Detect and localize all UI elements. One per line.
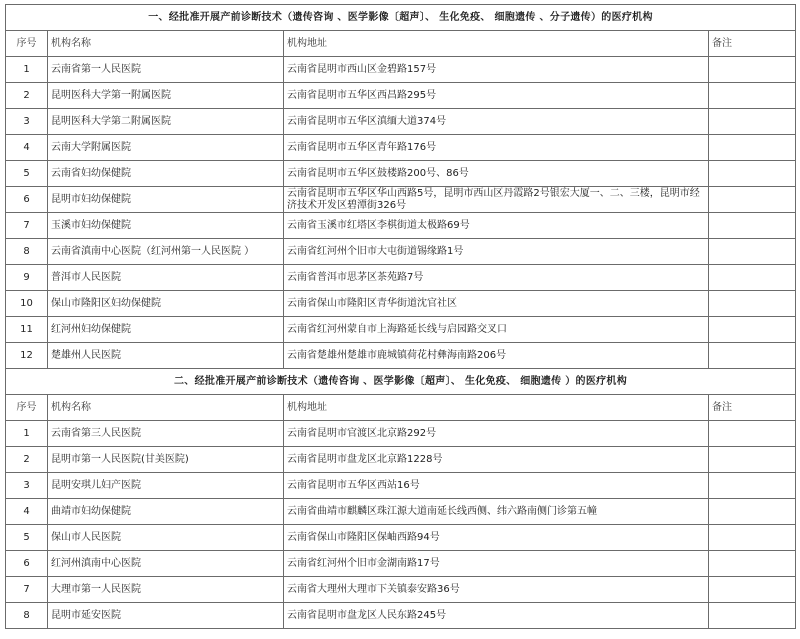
institution-address: 云南省昆明市五华区青年路176号 xyxy=(284,135,709,161)
remark xyxy=(709,525,796,551)
institution-address: 云南省昆明市西山区金碧路157号 xyxy=(284,57,709,83)
header-index: 序号 xyxy=(6,395,48,421)
remark xyxy=(709,603,796,629)
table-row: 7玉溪市妇幼保健院云南省玉溪市红塔区李棋街道太极路69号 xyxy=(6,213,796,239)
table-row: 7大理市第一人民医院云南省大理州大理市下关镇泰安路36号 xyxy=(6,577,796,603)
institution-name: 玉溪市妇幼保健院 xyxy=(48,213,284,239)
institution-name: 普洱市人民医院 xyxy=(48,265,284,291)
institution-address: 云南省大理州大理市下关镇泰安路36号 xyxy=(284,577,709,603)
institution-name: 昆明市延安医院 xyxy=(48,603,284,629)
row-index: 4 xyxy=(6,499,48,525)
remark xyxy=(709,291,796,317)
table-row: 2昆明市第一人民医院(甘美医院)云南省昆明市盘龙区北京路1228号 xyxy=(6,447,796,473)
remark xyxy=(709,187,796,213)
institution-address: 云南省玉溪市红塔区李棋街道太极路69号 xyxy=(284,213,709,239)
remark xyxy=(709,577,796,603)
table-row: 5云南省妇幼保健院云南省昆明市五华区鼓楼路200号、86号 xyxy=(6,161,796,187)
institution-name: 昆明医科大学第一附属医院 xyxy=(48,83,284,109)
table-row: 1云南省第三人民医院云南省昆明市官渡区北京路292号 xyxy=(6,421,796,447)
header-address: 机构地址 xyxy=(284,31,709,57)
header-name: 机构名称 xyxy=(48,395,284,421)
institution-name: 大理市第一人民医院 xyxy=(48,577,284,603)
remark xyxy=(709,57,796,83)
remark xyxy=(709,499,796,525)
institution-address: 云南省昆明市五华区西昌路295号 xyxy=(284,83,709,109)
header-remark: 备注 xyxy=(709,395,796,421)
header-index: 序号 xyxy=(6,31,48,57)
institution-address: 云南省保山市隆阳区青华街道沈官社区 xyxy=(284,291,709,317)
institution-name: 云南省妇幼保健院 xyxy=(48,161,284,187)
header-address: 机构地址 xyxy=(284,395,709,421)
header-row: 序号机构名称机构地址备注 xyxy=(6,31,796,57)
header-name: 机构名称 xyxy=(48,31,284,57)
table-row: 1云南省第一人民医院云南省昆明市西山区金碧路157号 xyxy=(6,57,796,83)
remark xyxy=(709,161,796,187)
header-row: 序号机构名称机构地址备注 xyxy=(6,395,796,421)
institution-name: 昆明医科大学第二附属医院 xyxy=(48,109,284,135)
table-row: 8昆明市延安医院云南省昆明市盘龙区人民东路245号 xyxy=(6,603,796,629)
row-index: 5 xyxy=(6,161,48,187)
table-row: 6红河州滇南中心医院云南省红河州个旧市金湖南路17号 xyxy=(6,551,796,577)
remark xyxy=(709,213,796,239)
institution-name: 昆明市第一人民医院(甘美医院) xyxy=(48,447,284,473)
row-index: 8 xyxy=(6,239,48,265)
institution-name: 保山市人民医院 xyxy=(48,525,284,551)
table-row: 6昆明市妇幼保健院云南省昆明市五华区华山西路5号，昆明市西山区丹霞路2号银宏大厦… xyxy=(6,187,796,213)
table-row: 3昆明安琪儿妇产医院云南省昆明市五华区西站16号 xyxy=(6,473,796,499)
institution-address: 云南省普洱市思茅区茶苑路7号 xyxy=(284,265,709,291)
table-row: 11红河州妇幼保健院云南省红河州蒙自市上海路延长线与启园路交叉口 xyxy=(6,317,796,343)
section-title-row: 二、经批准开展产前诊断技术（遗传咨询 、医学影像〔超声〕、 生化免疫、 细胞遗传… xyxy=(6,369,796,395)
institution-address: 云南省红河州个旧市金湖南路17号 xyxy=(284,551,709,577)
table-row: 8云南省滇南中心医院（红河州第一人民医院 ）云南省红河州个旧市大屯街道锡缘路1号 xyxy=(6,239,796,265)
institution-address: 云南省红河州蒙自市上海路延长线与启园路交叉口 xyxy=(284,317,709,343)
row-index: 3 xyxy=(6,473,48,499)
institution-address: 云南省昆明市五华区西站16号 xyxy=(284,473,709,499)
institution-address: 云南省昆明市盘龙区人民东路245号 xyxy=(284,603,709,629)
remark xyxy=(709,421,796,447)
remark xyxy=(709,473,796,499)
remark xyxy=(709,83,796,109)
section-title: 二、经批准开展产前诊断技术（遗传咨询 、医学影像〔超声〕、 生化免疫、 细胞遗传… xyxy=(6,369,796,395)
row-index: 2 xyxy=(6,447,48,473)
row-index: 6 xyxy=(6,551,48,577)
remark xyxy=(709,317,796,343)
section-title-row: 一、经批准开展产前诊断技术（遗传咨询 、医学影像〔超声〕、 生化免疫、 细胞遗传… xyxy=(6,5,796,31)
institution-name: 红河州妇幼保健院 xyxy=(48,317,284,343)
institution-address: 云南省昆明市官渡区北京路292号 xyxy=(284,421,709,447)
institution-name: 红河州滇南中心医院 xyxy=(48,551,284,577)
institution-name: 昆明市妇幼保健院 xyxy=(48,187,284,213)
remark xyxy=(709,135,796,161)
row-index: 11 xyxy=(6,317,48,343)
table-row: 10保山市隆阳区妇幼保健院云南省保山市隆阳区青华街道沈官社区 xyxy=(6,291,796,317)
row-index: 7 xyxy=(6,577,48,603)
institution-name: 昆明安琪儿妇产医院 xyxy=(48,473,284,499)
row-index: 6 xyxy=(6,187,48,213)
table-row: 12楚雄州人民医院云南省楚雄州楚雄市鹿城镇荷花村彝海南路206号 xyxy=(6,343,796,369)
remark xyxy=(709,343,796,369)
table-row: 4云南大学附属医院云南省昆明市五华区青年路176号 xyxy=(6,135,796,161)
institution-address: 云南省昆明市五华区滇缅大道374号 xyxy=(284,109,709,135)
row-index: 3 xyxy=(6,109,48,135)
row-index: 12 xyxy=(6,343,48,369)
institution-address: 云南省昆明市盘龙区北京路1228号 xyxy=(284,447,709,473)
row-index: 2 xyxy=(6,83,48,109)
institution-name: 曲靖市妇幼保健院 xyxy=(48,499,284,525)
row-index: 7 xyxy=(6,213,48,239)
row-index: 4 xyxy=(6,135,48,161)
institution-name: 云南省第一人民医院 xyxy=(48,57,284,83)
institution-address: 云南省昆明市五华区华山西路5号，昆明市西山区丹霞路2号银宏大厦一、二、三楼，昆明… xyxy=(284,187,709,213)
institution-address: 云南省保山市隆阳区保岫西路94号 xyxy=(284,525,709,551)
table-row: 5保山市人民医院云南省保山市隆阳区保岫西路94号 xyxy=(6,525,796,551)
remark xyxy=(709,551,796,577)
institution-address: 云南省昆明市五华区鼓楼路200号、86号 xyxy=(284,161,709,187)
row-index: 1 xyxy=(6,57,48,83)
header-remark: 备注 xyxy=(709,31,796,57)
institution-name: 保山市隆阳区妇幼保健院 xyxy=(48,291,284,317)
institution-address: 云南省曲靖市麒麟区珠江源大道南延长线西侧、纬六路南侧门诊第五幢 xyxy=(284,499,709,525)
row-index: 10 xyxy=(6,291,48,317)
remark xyxy=(709,447,796,473)
row-index: 9 xyxy=(6,265,48,291)
institution-name: 云南省第三人民医院 xyxy=(48,421,284,447)
row-index: 8 xyxy=(6,603,48,629)
institution-address: 云南省楚雄州楚雄市鹿城镇荷花村彝海南路206号 xyxy=(284,343,709,369)
row-index: 1 xyxy=(6,421,48,447)
remark xyxy=(709,239,796,265)
row-index: 5 xyxy=(6,525,48,551)
institution-name: 楚雄州人民医院 xyxy=(48,343,284,369)
table-body: 一、经批准开展产前诊断技术（遗传咨询 、医学影像〔超声〕、 生化免疫、 细胞遗传… xyxy=(6,5,796,629)
institution-name: 云南省滇南中心医院（红河州第一人民医院 ） xyxy=(48,239,284,265)
section-title: 一、经批准开展产前诊断技术（遗传咨询 、医学影像〔超声〕、 生化免疫、 细胞遗传… xyxy=(6,5,796,31)
table-row: 9普洱市人民医院云南省普洱市思茅区茶苑路7号 xyxy=(6,265,796,291)
remark xyxy=(709,265,796,291)
institutions-table: 一、经批准开展产前诊断技术（遗传咨询 、医学影像〔超声〕、 生化免疫、 细胞遗传… xyxy=(5,4,796,629)
table-row: 2昆明医科大学第一附属医院云南省昆明市五华区西昌路295号 xyxy=(6,83,796,109)
remark xyxy=(709,109,796,135)
table-row: 3昆明医科大学第二附属医院云南省昆明市五华区滇缅大道374号 xyxy=(6,109,796,135)
institution-address: 云南省红河州个旧市大屯街道锡缘路1号 xyxy=(284,239,709,265)
table-row: 4曲靖市妇幼保健院云南省曲靖市麒麟区珠江源大道南延长线西侧、纬六路南侧门诊第五幢 xyxy=(6,499,796,525)
institution-name: 云南大学附属医院 xyxy=(48,135,284,161)
